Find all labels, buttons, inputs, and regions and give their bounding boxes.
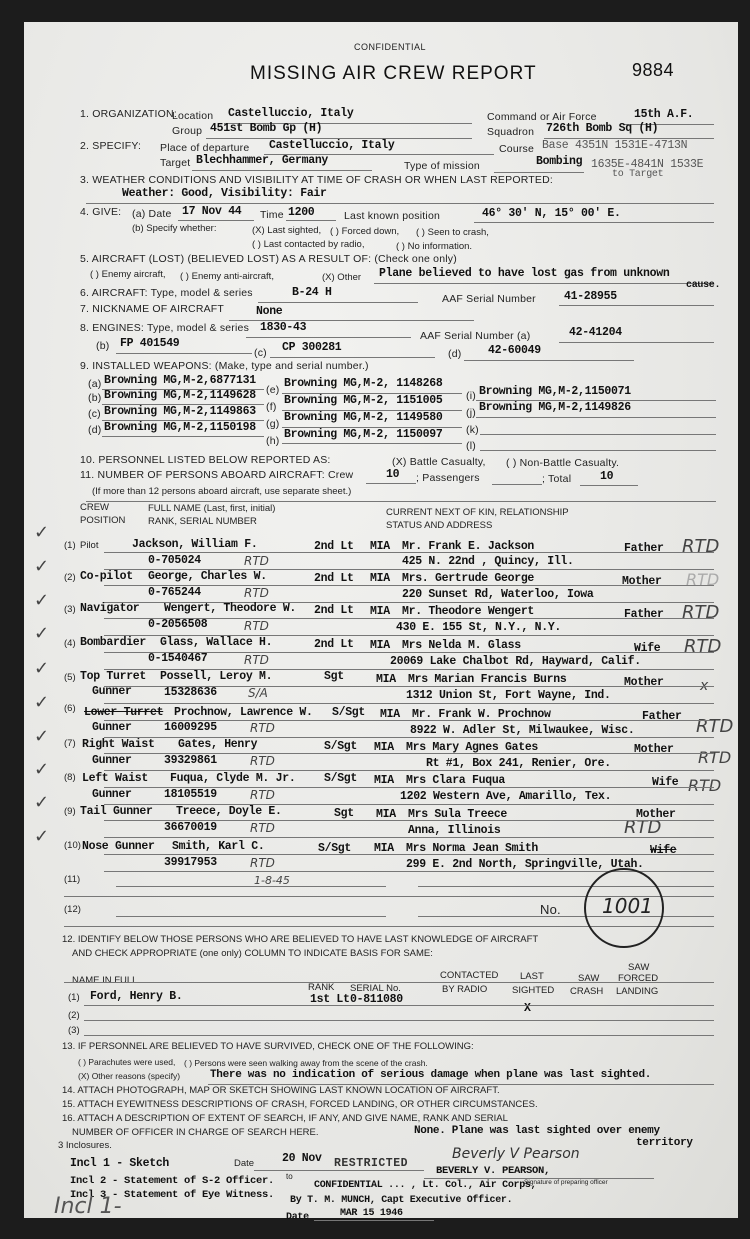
- crew-status: MIA: [370, 572, 390, 585]
- crew-name: Glass, Wallace H.: [160, 636, 272, 649]
- crew-name: Possell, Leroy M.: [160, 670, 272, 683]
- date-label: (a) Date: [132, 208, 172, 220]
- date2-value: MAR 15 1946: [340, 1208, 403, 1219]
- stamp-prefix: No.: [540, 902, 561, 917]
- date-label: Date: [234, 1158, 254, 1169]
- hdr-rank: RANK: [308, 982, 334, 993]
- crew-relation: Wife: [634, 642, 660, 655]
- weapon-key: (k): [466, 424, 479, 436]
- crew-serial: 0-765244: [148, 586, 201, 599]
- group-value: 451st Bomb Gp (H): [210, 122, 322, 135]
- crew-status: MIA: [376, 673, 396, 686]
- row-number: (2): [64, 572, 76, 583]
- s12-label2: AND CHECK APPROPRIATE (one only) COLUMN …: [72, 948, 433, 959]
- weapon-value: Browning MG,M-2, 1151005: [284, 394, 442, 407]
- crew-address: 1202 Western Ave, Amarillo, Tex.: [400, 790, 611, 803]
- weapon-key: (l): [466, 440, 476, 452]
- crew-name: Prochnow, Lawrence W.: [174, 706, 313, 719]
- serial-annotation: RTD: [244, 653, 269, 667]
- row-number: (1): [64, 540, 76, 551]
- search-value2: territory: [636, 1137, 693, 1149]
- checkmark-icon: ✓: [34, 522, 49, 543]
- crew-relation: Father: [642, 710, 682, 723]
- row-number: (6): [64, 703, 76, 714]
- search-value: None. Plane was last sighted over enemy: [414, 1125, 660, 1137]
- crew-name: Fuqua, Clyde M. Jr.: [170, 772, 295, 785]
- crew-name: Gates, Henry: [178, 738, 257, 751]
- engine-type-value: 1830-43: [260, 321, 306, 334]
- date-value: 17 Nov 44: [182, 205, 241, 218]
- date-value: 20 Nov: [282, 1152, 322, 1165]
- course-line3: to Target: [612, 169, 663, 180]
- mission-label: Type of mission: [404, 160, 480, 172]
- weapon-key: (e): [266, 384, 279, 396]
- crew-name: Jackson, William F.: [132, 538, 257, 551]
- opt-battle-casualty[interactable]: (X) Battle Casualty,: [392, 456, 486, 468]
- weapon-key: (d): [88, 424, 101, 436]
- engine-a-value: 42-41204: [569, 326, 622, 339]
- position-label: Last known position: [344, 210, 440, 222]
- engine-b-value: FP 401549: [120, 337, 179, 350]
- opt-enemy-aa[interactable]: ( ) Enemy anti-aircraft,: [180, 271, 274, 282]
- squadron-value: 726th Bomb Sq (H): [546, 122, 658, 135]
- signature-caption: Signature of preparing officer: [524, 1179, 608, 1186]
- s4-label: 4. GIVE:: [80, 206, 121, 218]
- rtd-annotation: RTD: [682, 536, 719, 557]
- crew-name: Treece, Doyle E.: [176, 805, 282, 818]
- crew-status: MIA: [370, 605, 390, 618]
- hdr-kin2: STATUS AND ADDRESS: [386, 520, 492, 531]
- hdr-saw-forced0: SAW: [628, 962, 649, 973]
- crew-position: Pilot: [80, 540, 98, 551]
- hdr-saw-forced2: LANDING: [616, 986, 658, 997]
- time-value: 1200: [288, 206, 314, 219]
- handwritten-signature: Beverly V Pearson: [452, 1146, 580, 1162]
- margin-note: Incl 1-: [54, 1194, 122, 1219]
- checkmark-icon: ✓: [34, 590, 49, 611]
- stamp-number: 1001: [602, 894, 653, 918]
- weapon-key: (f): [266, 401, 277, 413]
- rtd-annotation: RTD: [698, 748, 731, 767]
- crew-serial: 39917953: [164, 856, 217, 869]
- inclosure-2: Incl 2 - Statement of S-2 Officer.: [70, 1175, 274, 1187]
- weapon-key: (a): [88, 378, 101, 390]
- engine-c-label: (c): [254, 347, 267, 359]
- s15-label: 15. ATTACH EYEWITNESS DESCRIPTIONS OF CR…: [62, 1099, 538, 1110]
- serial-annotation: RTD: [250, 788, 275, 802]
- weapon-key: (g): [266, 418, 279, 430]
- restricted-stamp: RESTRICTED: [334, 1157, 408, 1170]
- position-value: 46° 30' N, 15° 00' E.: [482, 207, 621, 220]
- crew-kin: Mrs Nelda M. Glass: [402, 639, 521, 652]
- crew-position: Navigator: [80, 602, 139, 615]
- crew-name: Smith, Karl C.: [172, 840, 264, 853]
- to-label: to: [286, 1172, 293, 1181]
- serial-annotation: S/A: [248, 686, 268, 700]
- crew-address: 220 Sunset Rd, Waterloo, Iowa: [402, 588, 593, 601]
- crew-kin: Mr. Theodore Wengert: [402, 605, 534, 618]
- hdr-name-in-full: NAME IN FULL: [72, 975, 137, 986]
- serial-annotation: RTD: [244, 554, 269, 568]
- weapon-value: Browning MG,M-2,6877131: [104, 374, 256, 387]
- crew-rank: S/Sgt: [324, 740, 357, 753]
- opt-other-reasons[interactable]: (X) Other reasons (specify): [78, 1071, 180, 1081]
- opt-parachutes[interactable]: ( ) Parachutes were used,: [78, 1057, 175, 1067]
- witness-name: Ford, Henry B.: [90, 990, 182, 1003]
- squadron-label: Squadron: [487, 126, 534, 138]
- checkmark-icon: ✓: [34, 759, 49, 780]
- weapon-key: (c): [88, 408, 101, 420]
- engine-serial-label: AAF Serial Number (a): [420, 330, 530, 342]
- weapon-value: Browning MG,M-2,1150198: [104, 421, 256, 434]
- crew-address: 1312 Union St, Fort Wayne, Ind.: [406, 689, 611, 702]
- crew-position: Tail Gunner: [80, 805, 153, 818]
- crew-address: Rt #1, Box 241, Renier, Ore.: [426, 757, 611, 770]
- loss-cause-value: Plane believed to have lost gas from unk…: [379, 267, 669, 280]
- crew-address: 20069 Lake Chalbot Rd, Hayward, Calif.: [390, 655, 641, 668]
- s2-label: 2. SPECIFY:: [80, 140, 141, 152]
- weapon-key: (i): [466, 390, 476, 402]
- opt-no-info[interactable]: ( ) No information.: [396, 241, 472, 252]
- rtd-annotation: RTD: [686, 570, 719, 589]
- confirmation-line1: CONFIDENTIAL ... , Lt. Col., Air Corps,: [314, 1180, 536, 1191]
- crew-name: Wengert, Theodore W.: [164, 602, 296, 615]
- rtd-annotation: RTD: [682, 602, 719, 623]
- aircraft-serial-label: AAF Serial Number: [442, 293, 536, 305]
- opt-forced-down[interactable]: ( ) Forced down,: [330, 226, 399, 237]
- opt-walking[interactable]: ( ) Persons were seen walking away from …: [184, 1058, 428, 1068]
- hdr-name2: RANK, SERIAL NUMBER: [148, 516, 257, 527]
- target-value: Blechhammer, Germany: [196, 154, 328, 167]
- row-number: (11): [64, 874, 80, 885]
- row-number: (10): [64, 840, 81, 851]
- crew-rank: S/Sgt: [324, 772, 357, 785]
- hdr-last1: LAST: [520, 971, 544, 982]
- crew-position-line2: Gunner: [92, 721, 132, 734]
- crew-serial: 18105519: [164, 788, 217, 801]
- crew-position: Co-pilot: [80, 570, 133, 583]
- crew-name: George, Charles W.: [148, 570, 267, 583]
- engine-d-label: (d): [448, 348, 461, 360]
- s13-label: 13. IF PERSONNEL ARE BELIEVED TO HAVE SU…: [62, 1041, 474, 1052]
- checkmark-icon: ✓: [34, 623, 49, 644]
- hdr-position2: POSITION: [80, 515, 125, 526]
- aircraft-serial-value: 41-28955: [564, 290, 617, 303]
- row-number: (2): [68, 1010, 80, 1021]
- s11-label: 11. NUMBER OF PERSONS ABOARD AIRCRAFT: C…: [80, 469, 353, 481]
- crew-relation: Father: [624, 608, 664, 621]
- checkmark-icon: ✓: [34, 692, 49, 713]
- opt-enemy-aircraft[interactable]: ( ) Enemy aircraft,: [90, 269, 166, 280]
- opt-last-contacted[interactable]: ( ) Last contacted by radio,: [252, 239, 364, 250]
- crew-serial: 16009295: [164, 721, 217, 734]
- crew-address: 299 E. 2nd North, Springville, Utah.: [406, 858, 644, 871]
- crew-serial: 36670019: [164, 821, 217, 834]
- location-value: Castelluccio, Italy: [228, 107, 353, 120]
- opt-nonbattle-casualty[interactable]: ( ) Non-Battle Casualty.: [506, 457, 619, 469]
- course-line1: Base 4351N 1531E-4713N: [542, 139, 687, 152]
- crew-relation: Mother: [634, 743, 674, 756]
- checkmark-icon: ✓: [34, 658, 49, 679]
- hdr-name1: FULL NAME (Last, first, initial): [148, 503, 275, 514]
- engine-c-value: CP 300281: [282, 341, 341, 354]
- mission-value: Bombing: [536, 155, 582, 168]
- crew-address: Anna, Illinois: [408, 824, 500, 837]
- weapon-value: Browning MG,M-2, 1150097: [284, 428, 442, 441]
- course-label: Course: [499, 143, 534, 155]
- s16-label1: 16. ATTACH A DESCRIPTION OF EXTENT OF SE…: [62, 1113, 508, 1124]
- s7-label: 7. NICKNAME OF AIRCRAFT: [80, 303, 224, 315]
- row-number: (12): [64, 904, 81, 915]
- aircraft-type-value: B-24 H: [292, 286, 332, 299]
- row-number: (4): [64, 638, 76, 649]
- s14-label: 14. ATTACH PHOTOGRAPH, MAP OR SKETCH SHO…: [62, 1085, 500, 1096]
- hdr-position1: CREW: [80, 502, 109, 513]
- total-count: 10: [600, 470, 613, 483]
- crew-position: Lower Turret: [84, 706, 163, 719]
- engine-d-value: 42-60049: [488, 344, 541, 357]
- serial-annotation: RTD: [250, 754, 275, 768]
- crew-serial: 0-1540467: [148, 652, 207, 665]
- row-number: (8): [64, 772, 76, 783]
- weapon-value: Browning MG,M-2,1150071: [479, 385, 631, 398]
- opt-seen-crash[interactable]: ( ) Seen to crash,: [416, 227, 489, 238]
- s6-label: 6. AIRCRAFT: Type, model & series: [80, 287, 253, 299]
- other-reasons-value: There was no indication of serious damag…: [210, 1069, 651, 1081]
- s10-label: 10. PERSONNEL LISTED BELOW REPORTED AS:: [80, 454, 331, 466]
- crew-position-line2: Gunner: [92, 788, 132, 801]
- crew-serial: 39329861: [164, 754, 217, 767]
- crew-relation: Wife: [650, 844, 676, 857]
- departure-label: Place of departure: [160, 142, 249, 154]
- weapon-key: (j): [466, 407, 476, 419]
- passengers-label: ; Passengers: [416, 472, 480, 484]
- crew-position: Top Turret: [80, 670, 146, 683]
- crew-rank: Sgt: [324, 670, 344, 683]
- s11-note: (If more than 12 persons aboard aircraft…: [92, 486, 351, 497]
- weapon-key: (b): [88, 392, 101, 404]
- engine-b-label: (b): [96, 340, 109, 352]
- crew-position: Left Waist: [82, 772, 148, 785]
- classification-label: CONFIDENTIAL: [354, 42, 426, 52]
- row-number: (9): [64, 806, 76, 817]
- crew-kin: Mrs Clara Fuqua: [406, 774, 505, 787]
- crew-kin: Mrs Marian Francis Burns: [408, 673, 566, 686]
- rtd-annotation: RTD: [688, 776, 721, 795]
- command-value: 15th A.F.: [634, 108, 693, 121]
- witness-last-sighted-mark: X: [524, 1002, 531, 1015]
- hdr-last2: SIGHTED: [512, 985, 554, 996]
- row-number: (5): [64, 672, 76, 683]
- opt-other[interactable]: (X) Other: [322, 272, 361, 283]
- serial-annotation: RTD: [250, 856, 275, 870]
- crew-position: Bombardier: [80, 636, 146, 649]
- crew-address: 430 E. 155 St, N.Y., N.Y.: [396, 621, 561, 634]
- page-title: MISSING AIR CREW REPORT: [250, 63, 537, 85]
- crew-status: MIA: [374, 774, 394, 787]
- crew-rank: Sgt: [334, 807, 354, 820]
- time-label: Time: [260, 209, 284, 221]
- weapon-value: Browning MG,M-2,1149826: [479, 401, 631, 414]
- s8-label: 8. ENGINES: Type, model & series: [80, 322, 249, 334]
- crew-relation: Father: [624, 542, 664, 555]
- crew-status: MIA: [370, 639, 390, 652]
- departure-value: Castelluccio, Italy: [269, 139, 394, 152]
- s5-label: 5. AIRCRAFT (LOST) (BELIEVED LOST) AS A …: [80, 253, 457, 265]
- crew-address: 8922 W. Adler St, Milwaukee, Wisc.: [410, 724, 634, 737]
- inclosures-count: 3 Inclosures.: [58, 1140, 112, 1151]
- crew-position: Right Waist: [82, 738, 155, 751]
- weapon-value: Browning MG,M-2, 1148268: [284, 377, 442, 390]
- crew-serial: 15328636: [164, 686, 217, 699]
- opt-last-sighted[interactable]: (X) Last sighted,: [252, 225, 321, 236]
- checkmark-icon: ✓: [34, 556, 49, 577]
- confirmation-line2: By T. M. MUNCH, Capt Executive Officer.: [290, 1195, 512, 1206]
- crew-serial: 0-2056508: [148, 618, 207, 631]
- s9-label: 9. INSTALLED WEAPONS: (Make, type and se…: [80, 360, 369, 372]
- serial-annotation: RTD: [250, 821, 275, 835]
- checkmark-icon: ✓: [34, 726, 49, 747]
- crew-address: 425 N. 22nd , Quincy, Ill.: [402, 555, 574, 568]
- hdr-contacted2: BY RADIO: [442, 984, 487, 995]
- weapon-value: Browning MG,M-2, 1149580: [284, 411, 442, 424]
- weapon-value: Browning MG,M-2,1149628: [104, 389, 256, 402]
- inclosure-1: Incl 1 - Sketch: [70, 1157, 169, 1170]
- hdr-saw-crash2: CRASH: [570, 986, 603, 997]
- rtd-annotation: RTD: [684, 636, 721, 657]
- row-number: (3): [68, 1025, 80, 1036]
- hdr-contacted1: CONTACTED: [440, 970, 498, 981]
- total-label: ; Total: [542, 473, 571, 485]
- checkmark-icon: ✓: [34, 792, 49, 813]
- weapon-key: (h): [266, 435, 279, 447]
- checkmark-icon: ✓: [34, 826, 49, 847]
- crew-position-line2: Gunner: [92, 754, 132, 767]
- crew-relation: Mother: [624, 676, 664, 689]
- s12-label1: 12. IDENTIFY BELOW THOSE PERSONS WHO ARE…: [62, 934, 538, 945]
- location-label: Location: [172, 110, 213, 122]
- nickname-value: None: [256, 305, 282, 318]
- crew-serial: 0-705024: [148, 554, 201, 567]
- target-label: Target: [160, 157, 190, 169]
- report-number: 9884: [632, 60, 674, 81]
- specify-label: (b) Specify whether:: [132, 223, 216, 234]
- weather-value: Weather: Good, Visibility: Fair: [122, 187, 327, 200]
- crew-rank: 2nd Lt: [314, 572, 354, 585]
- row-number: (1): [68, 992, 80, 1003]
- s3-label: 3. WEATHER CONDITIONS AND VISIBILITY AT …: [80, 174, 553, 186]
- row-number: (7): [64, 738, 76, 749]
- row-number: (3): [64, 604, 76, 615]
- signer-name: BEVERLY V. PEARSON,: [436, 1165, 550, 1177]
- crew-rank: 2nd Lt: [314, 638, 354, 651]
- hdr-kin1: CURRENT NEXT OF KIN, RELATIONSHIP: [386, 507, 569, 518]
- crew-relation: Mother: [622, 575, 662, 588]
- s1-label: 1. ORGANIZATION:: [80, 108, 177, 120]
- serial-annotation: RTD: [244, 586, 269, 600]
- serial-annotation: RTD: [250, 721, 275, 735]
- loss-cause-value2: cause.: [686, 280, 720, 291]
- s16-label2: NUMBER OF OFFICER IN CHARGE OF SEARCH HE…: [72, 1127, 319, 1138]
- crew-kin: Mrs. Gertrude George: [402, 572, 534, 585]
- date2-label: Date: [286, 1212, 309, 1223]
- crew-rank: 2nd Lt: [314, 604, 354, 617]
- crew-count: 10: [386, 468, 399, 481]
- document-page: CONFIDENTIAL MISSING AIR CREW REPORT 988…: [24, 22, 738, 1218]
- weapon-value: Browning MG,M-2,1149863: [104, 405, 256, 418]
- serial-annotation: RTD: [244, 619, 269, 633]
- crew-rank: S/Sgt: [332, 706, 365, 719]
- group-label: Group: [172, 125, 202, 137]
- crew-position: Nose Gunner: [82, 840, 155, 853]
